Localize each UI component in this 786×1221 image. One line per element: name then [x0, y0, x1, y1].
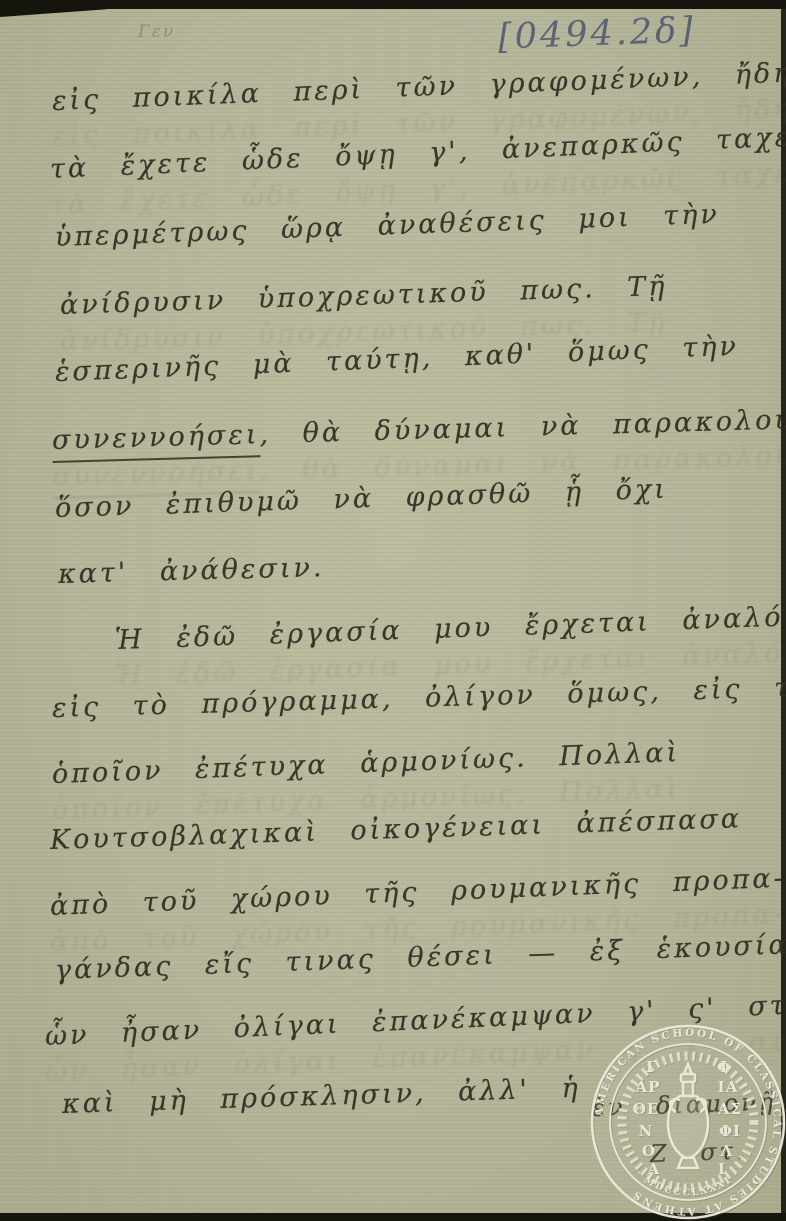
scanned-letter-page: Γεν [0494.2δ] εἰς ποικίλα περὶ τῶν γραφο… — [0, 0, 786, 1221]
seal-letter: ΑΡ — [635, 1078, 661, 1096]
seal-letter: Φ — [717, 1058, 731, 1076]
seal-letter: Α — [647, 1160, 661, 1178]
seal-letter: Ν — [639, 1122, 654, 1140]
seal-letter: ΑΣ — [717, 1100, 742, 1118]
seal-letter: Γ — [646, 1058, 658, 1076]
seal-letter: ΙΑ — [718, 1078, 739, 1096]
seal-letter: ΦΙ — [719, 1122, 741, 1140]
seal-letter: Ι — [718, 1160, 726, 1178]
pencil-mark: Γεν — [138, 22, 175, 42]
handwriting-line: κατ' ἀνάθεσιν. — [58, 552, 325, 590]
handwriting-text: κατ' ἀνάθεσιν. — [58, 552, 325, 590]
embossed-library-seal: AMERICAN SCHOOL OF CLASSICAL STUDIES AT … — [588, 1022, 786, 1221]
seal-letter: Ο — [642, 1142, 656, 1160]
archival-reference-note: [0494.2δ] — [497, 11, 696, 58]
seal-letter: ΘΕ — [633, 1100, 660, 1118]
seal-letter: Λ — [720, 1142, 734, 1160]
